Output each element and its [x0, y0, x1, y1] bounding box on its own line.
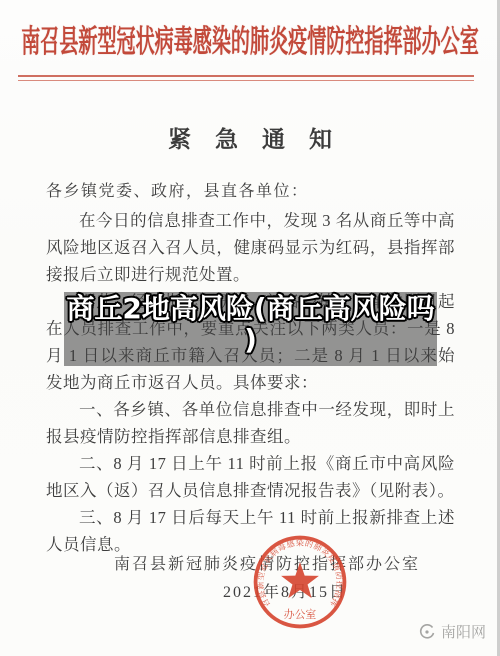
paragraph-intro: 在今日的信息排查工作中，发现 3 名从商丘等中高风险地区返召入召人员，健康码显示…: [46, 207, 455, 288]
watermark-site-name: 南阳网: [441, 621, 486, 642]
signature-org: 南召县新冠肺炎疫情防控指挥部办公室: [0, 551, 420, 574]
paragraph-item-1: 一、各乡镇、各单位信息排查中一经发现，即时上报县疫情防控指挥部信息排查组。: [46, 396, 455, 450]
seal-star-icon: [281, 562, 319, 598]
paragraph-item-2: 二、8 月 17 日上午 11 时前上报《商丘市中高风险地区入（返）召人员信息排…: [46, 450, 455, 504]
notice-title: 紧急通知: [0, 121, 500, 154]
letterhead-org-name: 南召县新型冠状病毒感染的肺炎疫情防控指挥部办公室: [0, 16, 500, 60]
official-seal: 南召县新型冠状病毒感染的肺炎疫情防控指挥部 办公室: [248, 530, 352, 634]
letterhead-org-text: 南召县新型冠状病毒感染的肺炎疫情防控指挥部办公室: [21, 16, 479, 61]
salutation: 各乡镇党委、政府，县直各单位：: [46, 178, 454, 201]
watermark: 南阳网: [417, 621, 486, 642]
headline-overlay: 商丘2地高风险(商丘高风险吗 ): [64, 292, 437, 366]
letterhead-divider: [18, 75, 474, 81]
document-photo: 南召县新型冠状病毒感染的肺炎疫情防控指挥部办公室 紧急通知 各乡镇党委、政府，县…: [0, 0, 500, 656]
headline-text-line2: ): [244, 323, 257, 356]
headline-text-line1: 商丘2地高风险(商丘高风险吗: [66, 292, 434, 325]
notice-body: 在今日的信息排查工作中，发现 3 名从商丘等中高风险地区返召入召人员，健康码显示…: [46, 207, 455, 558]
nanyang-logo-icon: [417, 622, 437, 642]
seal-office-text: 办公室: [284, 607, 317, 621]
